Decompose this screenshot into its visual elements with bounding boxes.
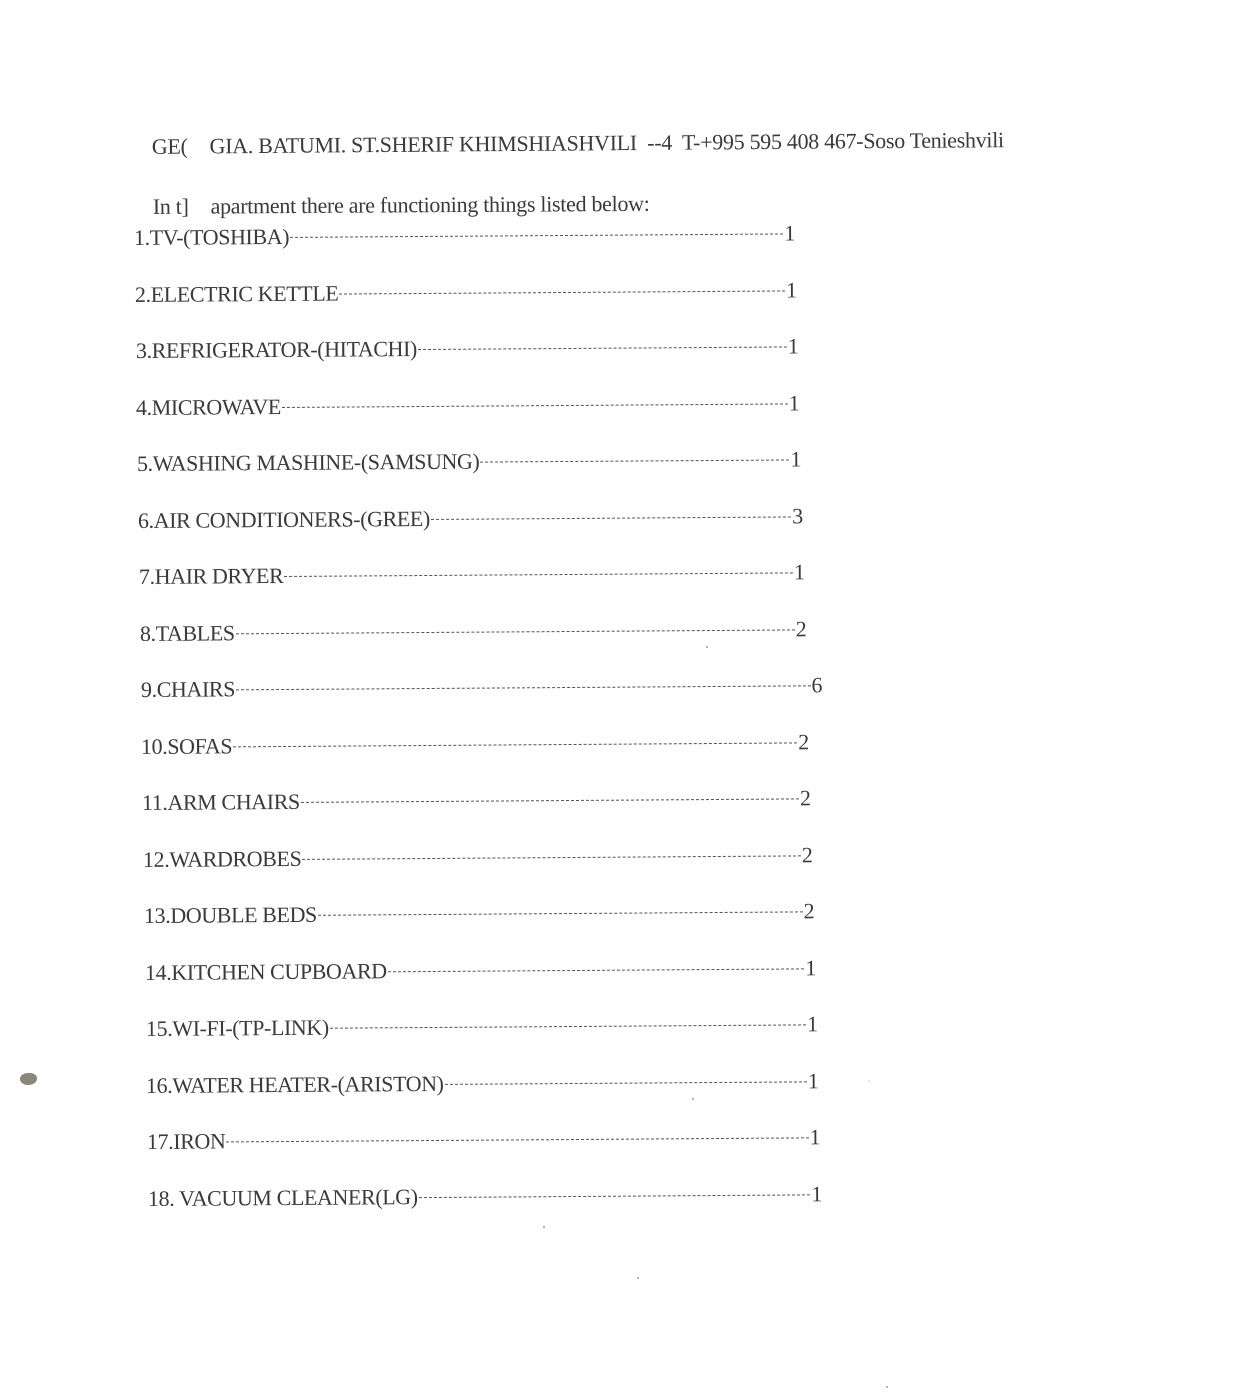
- scan-dust-dot: [543, 1226, 545, 1228]
- item-name: 1.TV-(TOSHIBA): [134, 224, 289, 251]
- item-quantity: 1: [811, 1181, 822, 1207]
- item-quantity: 1: [791, 446, 802, 472]
- dashed-leader-line: [284, 572, 793, 577]
- inventory-item: 18. VACUUM CLEANER(LG)1: [148, 1181, 822, 1214]
- item-quantity: 2: [795, 616, 806, 642]
- item-name: 11.ARM CHAIRS: [142, 789, 300, 816]
- item-quantity: 1: [810, 1124, 821, 1150]
- inventory-item: 1.TV-(TOSHIBA)1: [134, 220, 795, 253]
- item-name: 5.WASHING MASHINE-(SAMSUNG): [137, 449, 480, 477]
- item-name: 12.WARDROBES: [143, 845, 302, 872]
- dashed-leader-line: [418, 346, 787, 350]
- item-quantity: 1: [806, 1011, 817, 1037]
- inventory-item: 7.HAIR DRYER1: [139, 559, 805, 592]
- dashed-leader-line: [236, 685, 810, 690]
- item-name: 9.CHAIRS: [140, 676, 234, 703]
- inventory-item: 3.REFRIGERATOR-(HITACHI)1: [136, 333, 799, 366]
- item-quantity: 2: [802, 842, 813, 868]
- scanned-page: GE(GIA. BATUMI. ST.SHERIF KHIMSHIASHVILI…: [0, 0, 1257, 1400]
- item-name: 18. VACUUM CLEANER(LG): [148, 1184, 418, 1212]
- scan-dust-dot: [706, 646, 708, 648]
- inventory-item: 14.KITCHEN CUPBOARD1: [145, 955, 816, 988]
- scan-dust-dot: [886, 1386, 888, 1388]
- inventory-item: 13.DOUBLE BEDS2: [144, 898, 814, 931]
- inventory-item: 10.SOFAS2: [141, 729, 809, 762]
- item-name: 6.AIR CONDITIONERS-(GREE): [138, 505, 430, 533]
- item-quantity: 3: [792, 503, 803, 529]
- item-quantity: 2: [803, 898, 814, 924]
- item-quantity: 2: [800, 785, 811, 811]
- address-header-fragment: GE(: [152, 134, 188, 159]
- item-quantity: 1: [784, 220, 795, 246]
- item-quantity: 1: [786, 277, 797, 303]
- dashed-leader-line: [282, 403, 788, 408]
- inventory-item: 5.WASHING MASHINE-(SAMSUNG)1: [137, 446, 801, 479]
- scan-dust-dot: [692, 1098, 694, 1100]
- inventory-item: 16.WATER HEATER-(ARISTON)1: [146, 1068, 819, 1101]
- item-quantity: 1: [805, 955, 816, 981]
- scan-speck-mark: [20, 1073, 37, 1085]
- item-name: 7.HAIR DRYER: [139, 563, 284, 590]
- item-quantity: 2: [799, 729, 810, 755]
- inventory-item: 15.WI-FI-(TP-LINK)1: [145, 1011, 817, 1044]
- dashed-leader-line: [235, 629, 794, 634]
- item-name: 14.KITCHEN CUPBOARD: [145, 958, 387, 986]
- item-name: 15.WI-FI-(TP-LINK): [145, 1015, 328, 1042]
- item-quantity: 1: [794, 559, 805, 585]
- item-quantity: 1: [789, 390, 800, 416]
- intro-fragment: In t]: [153, 194, 189, 219]
- address-header-text: GIA. BATUMI. ST.SHERIF KHIMSHIASHVILI --…: [209, 127, 1003, 158]
- item-name: 8.TABLES: [140, 620, 235, 647]
- item-name: 16.WATER HEATER-(ARISTON): [146, 1070, 444, 1098]
- scan-dust-dot: [637, 1277, 639, 1279]
- item-name: 4.MICROWAVE: [136, 393, 281, 420]
- dashed-leader-line: [290, 233, 783, 237]
- inventory-item: 12.WARDROBES2: [143, 842, 813, 875]
- dashed-leader-line: [419, 1194, 811, 1198]
- inventory-item: 17.IRON1: [147, 1124, 820, 1157]
- dashed-leader-line: [339, 290, 785, 294]
- item-quantity: 1: [787, 333, 798, 359]
- dashed-leader-line: [227, 1137, 809, 1142]
- inventory-item: 6.AIR CONDITIONERS-(GREE)3: [138, 503, 803, 536]
- dashed-leader-line: [329, 1024, 805, 1028]
- dashed-leader-line: [301, 798, 799, 802]
- item-name: 3.REFRIGERATOR-(HITACHI): [136, 336, 417, 364]
- dashed-leader-line: [234, 742, 798, 747]
- item-name: 17.IRON: [147, 1128, 226, 1155]
- inventory-item: 8.TABLES2: [140, 616, 807, 649]
- scan-dust-dot: [868, 1080, 870, 1082]
- item-quantity: 1: [808, 1068, 819, 1094]
- inventory-item: 9.CHAIRS6: [140, 672, 821, 705]
- item-quantity: 6: [811, 672, 822, 698]
- item-name: 10.SOFAS: [141, 733, 232, 760]
- inventory-item: 4.MICROWAVE1: [136, 390, 799, 423]
- item-name: 13.DOUBLE BEDS: [144, 902, 317, 929]
- item-name: 2.ELECTRIC KETTLE: [135, 280, 339, 307]
- dashed-leader-line: [387, 968, 804, 972]
- inventory-item: 2.ELECTRIC KETTLE1: [135, 277, 797, 310]
- dashed-leader-line: [302, 855, 800, 859]
- intro-text: apartment there are functioning things l…: [210, 191, 649, 219]
- dashed-leader-line: [431, 516, 791, 520]
- dashed-leader-line: [481, 459, 790, 462]
- dashed-leader-line: [445, 1081, 807, 1085]
- inventory-item: 11.ARM CHAIRS2: [142, 785, 811, 818]
- dashed-leader-line: [318, 911, 803, 915]
